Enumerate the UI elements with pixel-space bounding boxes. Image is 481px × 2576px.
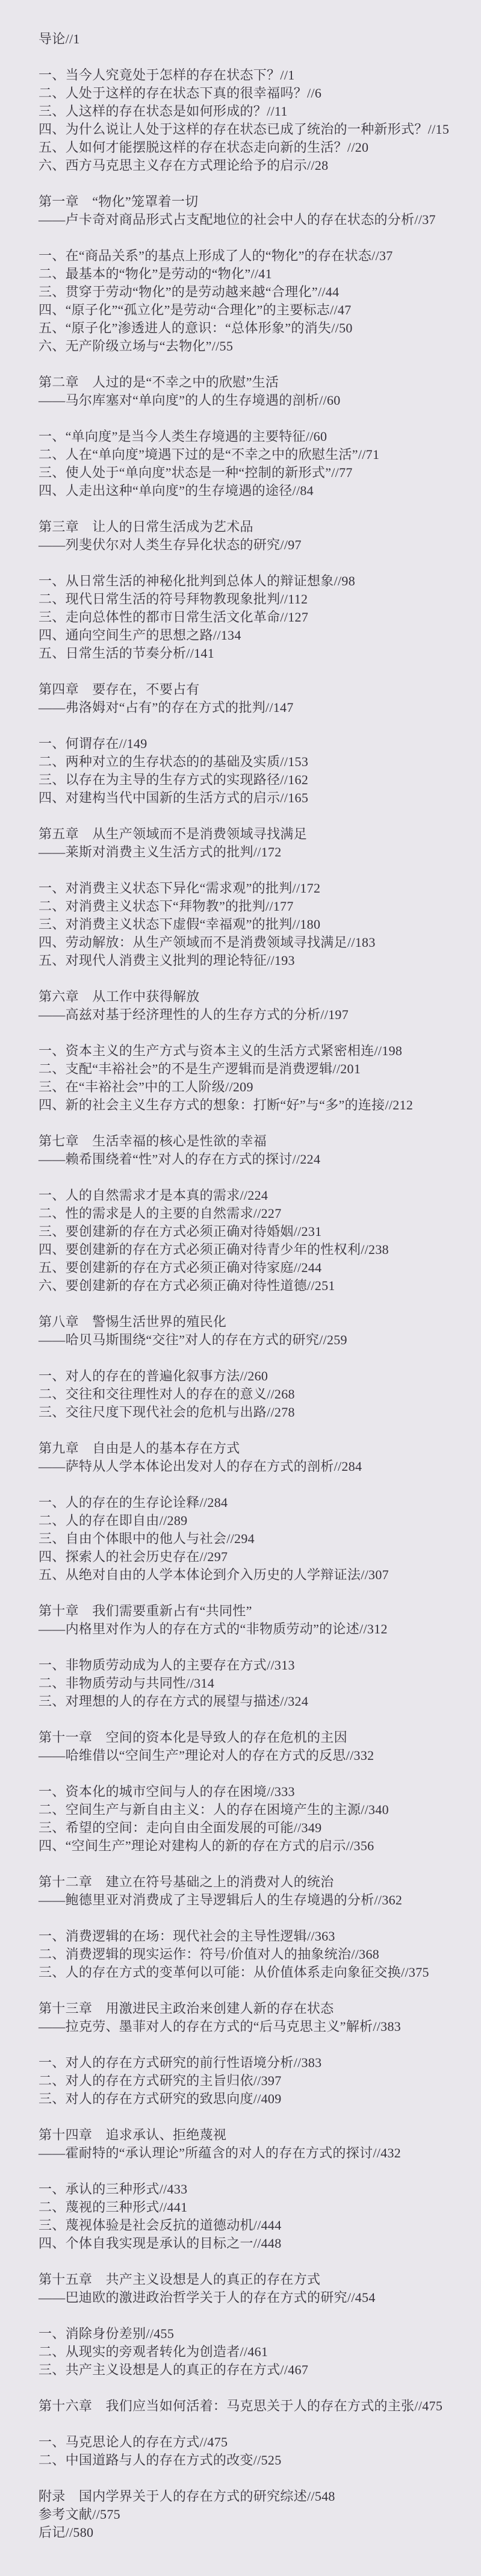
- toc-item: 六、无产阶级立场与“去物化”//55: [39, 337, 463, 355]
- toc-chapter: 第十六章 我们应当如何活着：马克思关于人的存在方式的主张//475一、马克思论人…: [39, 2397, 463, 2469]
- chapter-subtitle: ——弗洛姆对“占有”的存在方式的批判//147: [39, 699, 463, 717]
- toc-chapter: 第六章 从工作中获得解放——高兹对基于经济理性的人的生存方式的分析//197一、…: [39, 988, 463, 1114]
- toc-item: 二、现代日常生活的符号拜物教现象批判//112: [39, 590, 463, 608]
- chapter-subtitle: ——霍耐特的“承认理论”所蕴含的对人的存在方式的探讨//432: [39, 2144, 463, 2162]
- toc-item: 四、“原子化”“孤立化”是劳动“合理化”的主要标志//47: [39, 301, 463, 319]
- toc-item: 一、何谓存在//149: [39, 735, 463, 753]
- toc-intro-item: 四、为什么说让人处于这样的存在状态已成了统治的一种新形式？//15: [39, 120, 463, 139]
- backmatter: 附录 国内学界关于人的存在方式的研究综述//548参考文献//575后记//58…: [39, 2487, 463, 2542]
- toc-chapter: 第一章 “物化”笼罩着一切——卢卡奇对商品形式占支配地位的社会中人的存在状态的分…: [39, 193, 463, 355]
- toc-intro-item: 一、当今人究竟处于怎样的存在状态下？//1: [39, 66, 463, 84]
- toc-item: 五、日常生活的节奏分析//141: [39, 644, 463, 663]
- chapter-items: 一、对消费主义状态下异化“需求观”的批判//172二、对消费主义状态下“拜物教”…: [39, 879, 463, 970]
- toc-item: 一、消费逻辑的在场：现代社会的主导性逻辑//363: [39, 1927, 463, 1945]
- toc-item: 一、资本化的城市空间与人的存在困境//333: [39, 1783, 463, 1801]
- chapter-title: 第五章 从生产领域而不是消费领域寻找满足: [39, 825, 463, 843]
- toc-chapter: 第十一章 空间的资本化是导致人的存在危机的主因——哈维借以“空间生产”理论对人的…: [39, 1729, 463, 1855]
- toc-item: 三、共产主义设想是人的真正的存在方式//467: [39, 2361, 463, 2379]
- toc-item: 三、要创建新的存在方式必须正确对待婚姻//231: [39, 1223, 463, 1241]
- toc-item: 四、个体自我实现是承认的目标之一//448: [39, 2235, 463, 2253]
- chapter-items: 一、人的存在的生存论诠释//284二、人的存在即自由//289三、自由个体眼中的…: [39, 1494, 463, 1584]
- chapter-subtitle: ——鲍德里亚对消费成了主导逻辑后人的生存境遇的分析//362: [39, 1891, 463, 1909]
- toc-item: 一、在“商品关系”的基点上形成了人的“物化”的存在状态//37: [39, 247, 463, 265]
- chapter-title: 第十四章 追求承认、拒绝蔑视: [39, 2126, 463, 2144]
- toc-chapter: 第十章 我们需要重新占有“共同性”——内格里对作为人的存在方式的“非物质劳动”的…: [39, 1602, 463, 1711]
- toc-chapter: 第九章 自由是人的基本存在方式——萨特从人学本体论出发对人的存在方式的剖析//2…: [39, 1439, 463, 1584]
- chapter-title: 第一章 “物化”笼罩着一切: [39, 193, 463, 211]
- chapter-subtitle: ——高兹对基于经济理性的人的生存方式的分析//197: [39, 1006, 463, 1024]
- chapter-title: 第二章 人过的是“不幸之中的欣慰”生活: [39, 373, 463, 391]
- chapter-title: 第十三章 用激进民主政治来创建人新的存在状态: [39, 2000, 463, 2018]
- chapter-title: 第三章 让人的日常生活成为艺术品: [39, 518, 463, 536]
- toc-item: 三、蔑视体验是社会反抗的道德动机//444: [39, 2216, 463, 2235]
- toc-item: 四、探索人的社会历史存在//297: [39, 1548, 463, 1566]
- chapter-items: 一、资本化的城市空间与人的存在困境//333二、空间生产与新自由主义：人的存在困…: [39, 1783, 463, 1855]
- toc-item: 五、从绝对自由的人学本体论到介入历史的人学辩证法//307: [39, 1566, 463, 1584]
- chapter-subtitle: ——赖希围绕着“性”对人的存在方式的探讨//224: [39, 1150, 463, 1168]
- chapter-items: 一、对人的存在的普遍化叙事方法//260二、交往和交往理性对人的存在的意义//2…: [39, 1367, 463, 1421]
- chapter-subtitle: ——哈贝马斯围绕“交往”对人的存在方式的研究//259: [39, 1331, 463, 1349]
- chapter-items: 一、人的自然需求才是本真的需求//224二、性的需求是人的主要的自然需求//22…: [39, 1187, 463, 1295]
- toc-chapter: 第五章 从生产领域而不是消费领域寻找满足——莱斯对消费主义生活方式的批判//17…: [39, 825, 463, 970]
- backmatter-item: 后记//580: [39, 2524, 463, 2542]
- toc-item: 三、交往尺度下现代社会的危机与出路//278: [39, 1403, 463, 1421]
- toc-item: 一、对消费主义状态下异化“需求观”的批判//172: [39, 879, 463, 897]
- toc-item: 五、“原子化”渗透进人的意识：“总体形象”的消失//50: [39, 319, 463, 337]
- toc-item: 五、对现代人消费主义批判的理论特征//193: [39, 952, 463, 970]
- toc-item: 三、人的存在方式的变革何以可能：从价值体系走向象征交换//375: [39, 1963, 463, 1982]
- toc-chapter: 第十五章 共产主义设想是人的真正的存在方式——巴迪欧的激进政治哲学关于人的存在方…: [39, 2271, 463, 2379]
- toc-chapter: 第十四章 追求承认、拒绝蔑视——霍耐特的“承认理论”所蕴含的对人的存在方式的探讨…: [39, 2126, 463, 2253]
- toc-item: 三、对理想的人的存在方式的展望与描述//324: [39, 1692, 463, 1711]
- chapter-subtitle: ——萨特从人学本体论出发对人的存在方式的剖析//284: [39, 1458, 463, 1476]
- chapter-items: 一、资本主义的生产方式与资本主义的生活方式紧密相连//198二、支配“丰裕社会”…: [39, 1042, 463, 1114]
- toc-chapter: 第十二章 建立在符号基础之上的消费对人的统治——鲍德里亚对消费成了主导逻辑后人的…: [39, 1873, 463, 1982]
- chapter-items: 一、消费逻辑的在场：现代社会的主导性逻辑//363二、消费逻辑的现实运作：符号/…: [39, 1927, 463, 1982]
- toc-item: 四、要创建新的存在方式必须正确对待青少年的性权利//238: [39, 1241, 463, 1259]
- chapter-title: 第十章 我们需要重新占有“共同性”: [39, 1602, 463, 1620]
- toc-item: 二、对消费主义状态下“拜物教”的批判//177: [39, 897, 463, 915]
- toc-item: 一、对人的存在方式研究的前行性语境分析//383: [39, 2054, 463, 2072]
- toc-item: 二、非物质劳动与共同性//314: [39, 1674, 463, 1692]
- toc-item: 二、从现实的旁观者转化为创造者//461: [39, 2343, 463, 2361]
- toc-item: 一、消除身份差别//455: [39, 2325, 463, 2343]
- chapter-items: 一、从日常生活的神秘化批判到总体人的辩证想象//98二、现代日常生活的符号拜物教…: [39, 572, 463, 663]
- chapter-subtitle: ——列斐伏尔对人类生存异化状态的研究//97: [39, 536, 463, 554]
- chapter-title: 第六章 从工作中获得解放: [39, 988, 463, 1006]
- toc-item: 二、人在“单向度”境遇下过的是“不幸之中的欣慰生活”//71: [39, 446, 463, 464]
- toc-item: 一、从日常生活的神秘化批判到总体人的辩证想象//98: [39, 572, 463, 590]
- chapter-items: 一、消除身份差别//455二、从现实的旁观者转化为创造者//461三、共产主义设…: [39, 2325, 463, 2379]
- toc-item: 一、人的自然需求才是本真的需求//224: [39, 1187, 463, 1205]
- toc-item: 三、对消费主义状态下虚假“幸福观”的批判//180: [39, 915, 463, 934]
- chapter-subtitle: ——马尔库塞对“单向度”的人的生存境遇的剖析//60: [39, 391, 463, 410]
- toc-item: 三、对人的存在方式研究的致思向度//409: [39, 2090, 463, 2108]
- toc-intro-item: 五、人如何才能摆脱这样的存在状态走向新的生活？//20: [39, 139, 463, 157]
- toc-intro-item: 三、人这样的存在状态是如何形成的？//11: [39, 102, 463, 120]
- toc-item: 四、新的社会主义生存方式的想象：打断“好”与“多”的连接//212: [39, 1096, 463, 1114]
- intro-items: 一、当今人究竟处于怎样的存在状态下？//1二、人处于这样的存在状态下真的很幸福吗…: [39, 66, 463, 175]
- toc-item: 三、贯穿于劳动“物化”的是劳动越来越“合理化”//44: [39, 283, 463, 301]
- toc-item: 二、中国道路与人的存在方式的改变//525: [39, 2451, 463, 2469]
- toc-item: 四、通向空间生产的思想之路//134: [39, 626, 463, 644]
- toc-item: 三、走向总体性的都市日常生活文化革命//127: [39, 608, 463, 626]
- intro-heading: 导论//1: [39, 30, 463, 48]
- chapter-items: 一、对人的存在方式研究的前行性语境分析//383二、对人的存在方式研究的主旨归依…: [39, 2054, 463, 2108]
- chapter-title: 第九章 自由是人的基本存在方式: [39, 1439, 463, 1458]
- toc-chapter: 第三章 让人的日常生活成为艺术品——列斐伏尔对人类生存异化状态的研究//97一、…: [39, 518, 463, 663]
- toc-item: 五、要创建新的存在方式必须正确对待家庭//244: [39, 1259, 463, 1277]
- toc-item: 三、在“丰裕社会”中的工人阶级//209: [39, 1078, 463, 1096]
- toc-item: 一、承认的三种形式//433: [39, 2180, 463, 2198]
- toc-item: 六、要创建新的存在方式必须正确对待性道德//251: [39, 1277, 463, 1295]
- toc-intro-item: 二、人处于这样的存在状态下真的很幸福吗？//6: [39, 84, 463, 102]
- toc-item: 一、人的存在的生存论诠释//284: [39, 1494, 463, 1512]
- toc-item: 二、最基本的“物化”是劳动的“物化”//41: [39, 265, 463, 283]
- chapter-items: 一、承认的三种形式//433二、蔑视的三种形式//441三、蔑视体验是社会反抗的…: [39, 2180, 463, 2253]
- chapter-title: 第十六章 我们应当如何活着：马克思关于人的存在方式的主张//475: [39, 2397, 463, 2415]
- toc-chapter: 第八章 警惕生活世界的殖民化——哈贝马斯围绕“交往”对人的存在方式的研究//25…: [39, 1313, 463, 1421]
- toc-item: 三、希望的空间：走向自由全面发展的可能//349: [39, 1819, 463, 1837]
- chapter-items: 一、非物质劳动成为人的主要存在方式//313二、非物质劳动与共同性//314三、…: [39, 1656, 463, 1711]
- chapter-subtitle: ——卢卡奇对商品形式占支配地位的社会中人的存在状态的分析//37: [39, 211, 463, 229]
- chapter-title: 第十二章 建立在符号基础之上的消费对人的统治: [39, 1873, 463, 1891]
- chapter-title: 第八章 警惕生活世界的殖民化: [39, 1313, 463, 1331]
- toc-item: 二、人的存在即自由//289: [39, 1512, 463, 1530]
- toc-item: 四、对建构当代中国新的生活方式的启示//165: [39, 789, 463, 807]
- backmatter-item: 附录 国内学界关于人的存在方式的研究综述//548: [39, 2487, 463, 2506]
- chapter-items: 一、马克思论人的存在方式//475二、中国道路与人的存在方式的改变//525: [39, 2433, 463, 2469]
- toc-item: 二、两种对立的生存状态的的基础及实质//153: [39, 753, 463, 771]
- toc-page: 导论//1 一、当今人究竟处于怎样的存在状态下？//1二、人处于这样的存在状态下…: [0, 0, 481, 2576]
- toc-item: 二、性的需求是人的主要的自然需求//227: [39, 1205, 463, 1223]
- toc-item: 一、马克思论人的存在方式//475: [39, 2433, 463, 2451]
- toc-chapter: 第二章 人过的是“不幸之中的欣慰”生活——马尔库塞对“单向度”的人的生存境遇的剖…: [39, 373, 463, 500]
- chapter-subtitle: ——哈维借以“空间生产”理论对人的存在方式的反思//332: [39, 1747, 463, 1765]
- chapter-title: 第十一章 空间的资本化是导致人的存在危机的主因: [39, 1729, 463, 1747]
- chapter-items: 一、在“商品关系”的基点上形成了人的“物化”的存在状态//37二、最基本的“物化…: [39, 247, 463, 355]
- chapter-list: 第一章 “物化”笼罩着一切——卢卡奇对商品形式占支配地位的社会中人的存在状态的分…: [39, 193, 463, 2469]
- toc-item: 三、以存在为主导的生存方式的实现路径//162: [39, 771, 463, 789]
- toc-item: 四、劳动解放：从生产领域而不是消费领域寻找满足//183: [39, 934, 463, 952]
- chapter-title: 第七章 生活幸福的核心是性欲的幸福: [39, 1132, 463, 1150]
- toc-item: 二、消费逻辑的现实运作：符号/价值对人的抽象统治//368: [39, 1945, 463, 1963]
- chapter-title: 第四章 要存在，不要占有: [39, 681, 463, 699]
- chapter-items: 一、何谓存在//149二、两种对立的生存状态的的基础及实质//153三、以存在为…: [39, 735, 463, 807]
- toc-item: 三、自由个体眼中的他人与社会//294: [39, 1530, 463, 1548]
- toc-chapter: 第十三章 用激进民主政治来创建人新的存在状态——拉克劳、墨菲对人的存在方式的“后…: [39, 2000, 463, 2108]
- toc-item: 一、对人的存在的普遍化叙事方法//260: [39, 1367, 463, 1385]
- toc-item: 二、对人的存在方式研究的主旨归依//397: [39, 2072, 463, 2090]
- toc-item: 一、“单向度”是当今人类生存境遇的主要特征//60: [39, 428, 463, 446]
- toc-item: 二、蔑视的三种形式//441: [39, 2198, 463, 2216]
- toc-intro-item: 六、西方马克思主义存在方式理论给予的启示//28: [39, 157, 463, 175]
- toc-item: 二、空间生产与新自由主义：人的存在困境产生的主源//340: [39, 1801, 463, 1819]
- chapter-subtitle: ——拉克劳、墨菲对人的存在方式的“后马克思主义”解析//383: [39, 2018, 463, 2036]
- chapter-subtitle: ——巴迪欧的激进政治哲学关于人的存在方式的研究//454: [39, 2289, 463, 2307]
- chapter-subtitle: ——莱斯对消费主义生活方式的批判//172: [39, 843, 463, 861]
- toc-item: 四、人走出这种“单向度”的生存境遇的途径//84: [39, 482, 463, 500]
- toc-item: 一、资本主义的生产方式与资本主义的生活方式紧密相连//198: [39, 1042, 463, 1060]
- toc-item: 一、非物质劳动成为人的主要存在方式//313: [39, 1656, 463, 1674]
- toc-item: 二、支配“丰裕社会”的不是生产逻辑而是消费逻辑//201: [39, 1060, 463, 1078]
- backmatter-item: 参考文献//575: [39, 2506, 463, 2524]
- chapter-subtitle: ——内格里对作为人的存在方式的“非物质劳动”的论述//312: [39, 1620, 463, 1638]
- chapter-items: 一、“单向度”是当今人类生存境遇的主要特征//60二、人在“单向度”境遇下过的是…: [39, 428, 463, 500]
- chapter-title: 第十五章 共产主义设想是人的真正的存在方式: [39, 2271, 463, 2289]
- toc-chapter: 第四章 要存在，不要占有——弗洛姆对“占有”的存在方式的批判//147一、何谓存…: [39, 681, 463, 807]
- toc-chapter: 第七章 生活幸福的核心是性欲的幸福——赖希围绕着“性”对人的存在方式的探讨//2…: [39, 1132, 463, 1295]
- toc-item: 四、“空间生产”理论对建构人的新的存在方式的启示//356: [39, 1837, 463, 1855]
- toc-item: 二、交往和交往理性对人的存在的意义//268: [39, 1385, 463, 1403]
- toc-item: 三、使人处于“单向度”状态是一种“控制的新形式”//77: [39, 464, 463, 482]
